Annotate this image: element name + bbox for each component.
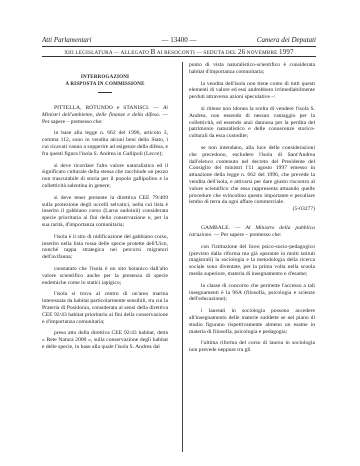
chamber-name: Camera dei Deputati — [257, 36, 316, 44]
paragraph: con l'istituzione del liceo psico-socio-… — [189, 244, 315, 278]
page-header: Atti Parlamentari — 13400 — Camera dei D… — [42, 36, 316, 46]
session-subheader: XIII LEGISLATURA — ALLEGATO B AI RESOCON… — [42, 48, 316, 56]
question-intro: GAMBALE. — Al Ministro della pubblica is… — [189, 225, 315, 239]
paragraph: in base alla legge n. 662 del 1996, arti… — [42, 130, 168, 157]
section-title: INTERROGAZIONI A RISPOSTA IN COMMISSIONE — [42, 74, 168, 88]
header-rule — [42, 46, 316, 47]
paragraph: constatato che l'isola è un sito botanic… — [42, 266, 168, 286]
paragraph: se non intendano, alla luce delle consid… — [189, 145, 315, 206]
paragraph: la classe di concorso che permette l'acc… — [189, 283, 315, 303]
right-column: punto di vista naturalistico-scientifico… — [189, 62, 315, 359]
question-intro: PITTELLA, ROTUNDO e STANISCI. — Ai Minis… — [42, 105, 168, 125]
subheader-rule — [42, 56, 316, 57]
paragraph: l'isola è il sito di nidificazione del g… — [42, 234, 168, 261]
question-reference: (5-03277) — [281, 206, 315, 213]
paragraph: si ritiene non idonea la scelta di vende… — [189, 106, 315, 140]
paragraph: si deve tener presente la direttiva CEE … — [42, 195, 168, 229]
left-column: INTERROGAZIONI A RISPOSTA IN COMMISSIONE… — [42, 62, 168, 356]
paragraph: punto di vista naturalistico-scientifico… — [189, 62, 315, 76]
paragraph: la vendita dell'isola non tiene conto di… — [189, 81, 315, 101]
paragraph: l'ultima riforma del corso di laurea in … — [189, 340, 315, 354]
paragraph: si deve ricordare l'alto valore naturali… — [42, 163, 168, 190]
column-divider — [182, 62, 183, 452]
paragraph: i laureati in sociologia possono acceder… — [189, 308, 315, 335]
paragraph: preso atto della direttiva CEE 92/43 hab… — [42, 330, 168, 350]
section-rule — [98, 92, 112, 93]
paragraph: l'isola si trova al centro di un'area ma… — [42, 291, 168, 325]
